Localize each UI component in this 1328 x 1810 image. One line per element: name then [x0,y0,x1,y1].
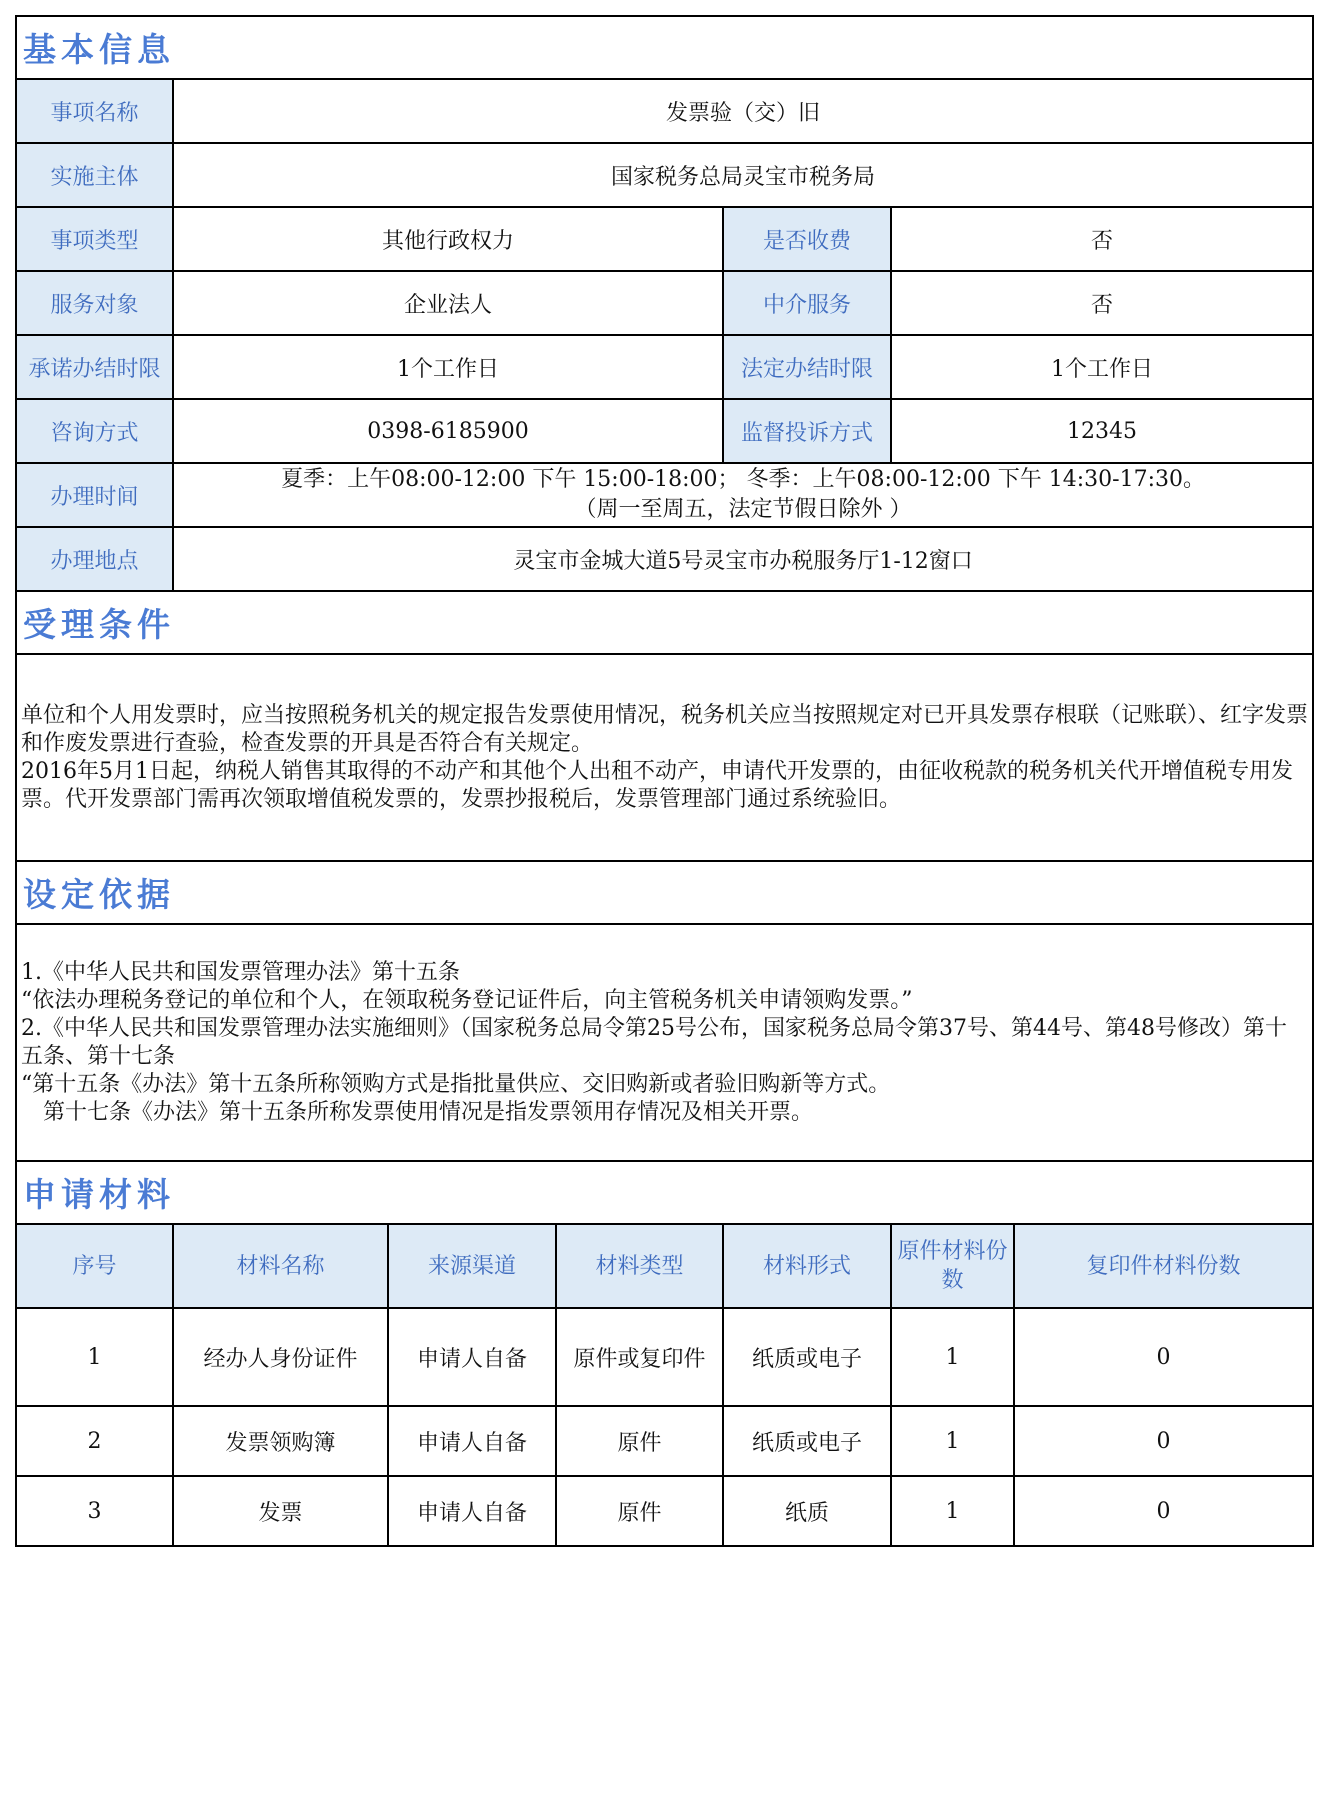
row-implementer: 实施主体 国家税务总局灵宝市税务局 [16,143,1313,207]
cell-source: 申请人自备 [388,1308,556,1406]
value-item-name: 发票验（交）旧 [173,79,1313,143]
col-header-no: 序号 [16,1224,173,1308]
cell-type: 原件或复印件 [556,1308,723,1406]
label-location: 办理地点 [16,527,173,591]
col-header-form: 材料形式 [723,1224,891,1308]
col-header-original-count: 原件材料份数 [891,1224,1014,1308]
cell-original-count: 1 [891,1308,1014,1406]
col-header-name: 材料名称 [173,1224,388,1308]
cell-no: 2 [16,1406,173,1476]
label-charge: 是否收费 [723,207,891,271]
label-complaint: 监督投诉方式 [723,399,891,463]
cell-original-count: 1 [891,1476,1014,1546]
hours-line-2: （周一至周五，法定节假日除外 ） [174,495,1312,525]
value-legal-limit: 1个工作日 [891,335,1313,399]
basis-line: 2.《中华人民共和国发票管理办法实施细则》（国家税务总局令第25号公布，国家税务… [21,1015,1308,1071]
table-row: 3 发票 申请人自备 原件 纸质 1 0 [16,1476,1313,1546]
value-item-type: 其他行政权力 [173,207,723,271]
cell-copy-count: 0 [1014,1476,1313,1546]
section-title-materials: 申请材料 [16,1161,1313,1224]
conditions-paragraph: 2016年5月1日起，纳税人销售其取得的不动产和其他个人出租不动产，申请代开发票… [21,758,1308,814]
row-contact: 咨询方式 0398-6185900 监督投诉方式 12345 [16,399,1313,463]
value-promised-limit: 1个工作日 [173,335,723,399]
value-consult: 0398-6185900 [173,399,723,463]
section-header-basis: 设定依据 [16,861,1313,924]
value-implementer: 国家税务总局灵宝市税务局 [173,143,1313,207]
guide-table: 基本信息 事项名称 发票验（交）旧 实施主体 国家税务总局灵宝市税务局 事项类型… [15,15,1314,1547]
label-item-name: 事项名称 [16,79,173,143]
value-intermediary: 否 [891,271,1313,335]
row-conditions-content: 单位和个人用发票时，应当按照税务机关的规定报告发票使用情况，税务机关应当按照规定… [16,654,1313,861]
service-guide-sheet: 基本信息 事项名称 发票验（交）旧 实施主体 国家税务总局灵宝市税务局 事项类型… [15,15,1312,1547]
basis-line: “依法办理税务登记的单位和个人，在领取税务登记证件后，向主管税务机关申请领购发票… [21,987,1308,1015]
label-item-type: 事项类型 [16,207,173,271]
basis-content: 1.《中华人民共和国发票管理办法》第十五条 “依法办理税务登记的单位和个人，在领… [16,924,1313,1161]
row-basis-content: 1.《中华人民共和国发票管理办法》第十五条 “依法办理税务登记的单位和个人，在领… [16,924,1313,1161]
materials-header-row: 序号 材料名称 来源渠道 材料类型 材料形式 原件材料份数 复印件材料份数 [16,1224,1313,1308]
label-service-target: 服务对象 [16,271,173,335]
value-hours: 夏季：上午08:00-12:00 下午 15:00-18:00； 冬季：上午08… [173,463,1313,527]
value-location: 灵宝市金城大道5号灵宝市办税服务厅1-12窗口 [173,527,1313,591]
label-promised-limit: 承诺办结时限 [16,335,173,399]
cell-source: 申请人自备 [388,1406,556,1476]
row-location: 办理地点 灵宝市金城大道5号灵宝市办税服务厅1-12窗口 [16,527,1313,591]
cell-copy-count: 0 [1014,1406,1313,1476]
cell-name: 发票 [173,1476,388,1546]
col-header-source: 来源渠道 [388,1224,556,1308]
cell-form: 纸质或电子 [723,1406,891,1476]
section-title-conditions: 受理条件 [16,591,1313,654]
label-implementer: 实施主体 [16,143,173,207]
col-header-copy-count: 复印件材料份数 [1014,1224,1313,1308]
label-hours: 办理时间 [16,463,173,527]
row-time-limits: 承诺办结时限 1个工作日 法定办结时限 1个工作日 [16,335,1313,399]
cell-name: 发票领购簿 [173,1406,388,1476]
col-header-type: 材料类型 [556,1224,723,1308]
cell-form: 纸质或电子 [723,1308,891,1406]
cell-name: 经办人身份证件 [173,1308,388,1406]
label-legal-limit: 法定办结时限 [723,335,891,399]
section-title-basis: 设定依据 [16,861,1313,924]
value-complaint: 12345 [891,399,1313,463]
table-row: 2 发票领购簿 申请人自备 原件 纸质或电子 1 0 [16,1406,1313,1476]
section-header-basic-info: 基本信息 [16,16,1313,79]
cell-original-count: 1 [891,1406,1014,1476]
cell-no: 1 [16,1308,173,1406]
label-intermediary: 中介服务 [723,271,891,335]
basis-line: “第十五条《办法》第十五条所称领购方式是指批量供应、交旧购新或者验旧购新等方式。 [21,1071,1308,1099]
cell-no: 3 [16,1476,173,1546]
cell-form: 纸质 [723,1476,891,1546]
row-item-type: 事项类型 其他行政权力 是否收费 否 [16,207,1313,271]
hours-line-1: 夏季：上午08:00-12:00 下午 15:00-18:00； 冬季：上午08… [174,465,1312,495]
conditions-paragraph: 单位和个人用发票时，应当按照税务机关的规定报告发票使用情况，税务机关应当按照规定… [21,702,1308,758]
cell-copy-count: 0 [1014,1308,1313,1406]
table-row: 1 经办人身份证件 申请人自备 原件或复印件 纸质或电子 1 0 [16,1308,1313,1406]
cell-type: 原件 [556,1406,723,1476]
value-service-target: 企业法人 [173,271,723,335]
section-header-materials: 申请材料 [16,1161,1313,1224]
row-hours: 办理时间 夏季：上午08:00-12:00 下午 15:00-18:00； 冬季… [16,463,1313,527]
conditions-content: 单位和个人用发票时，应当按照税务机关的规定报告发票使用情况，税务机关应当按照规定… [16,654,1313,861]
section-header-conditions: 受理条件 [16,591,1313,654]
basis-line: 1.《中华人民共和国发票管理办法》第十五条 [21,959,1308,987]
cell-source: 申请人自备 [388,1476,556,1546]
basis-line: 第十七条《办法》第十五条所称发票使用情况是指发票领用存情况及相关开票。 [21,1099,1308,1127]
row-item-name: 事项名称 发票验（交）旧 [16,79,1313,143]
section-title-basic-info: 基本信息 [16,16,1313,79]
label-consult: 咨询方式 [16,399,173,463]
value-charge: 否 [891,207,1313,271]
cell-type: 原件 [556,1476,723,1546]
row-service-target: 服务对象 企业法人 中介服务 否 [16,271,1313,335]
